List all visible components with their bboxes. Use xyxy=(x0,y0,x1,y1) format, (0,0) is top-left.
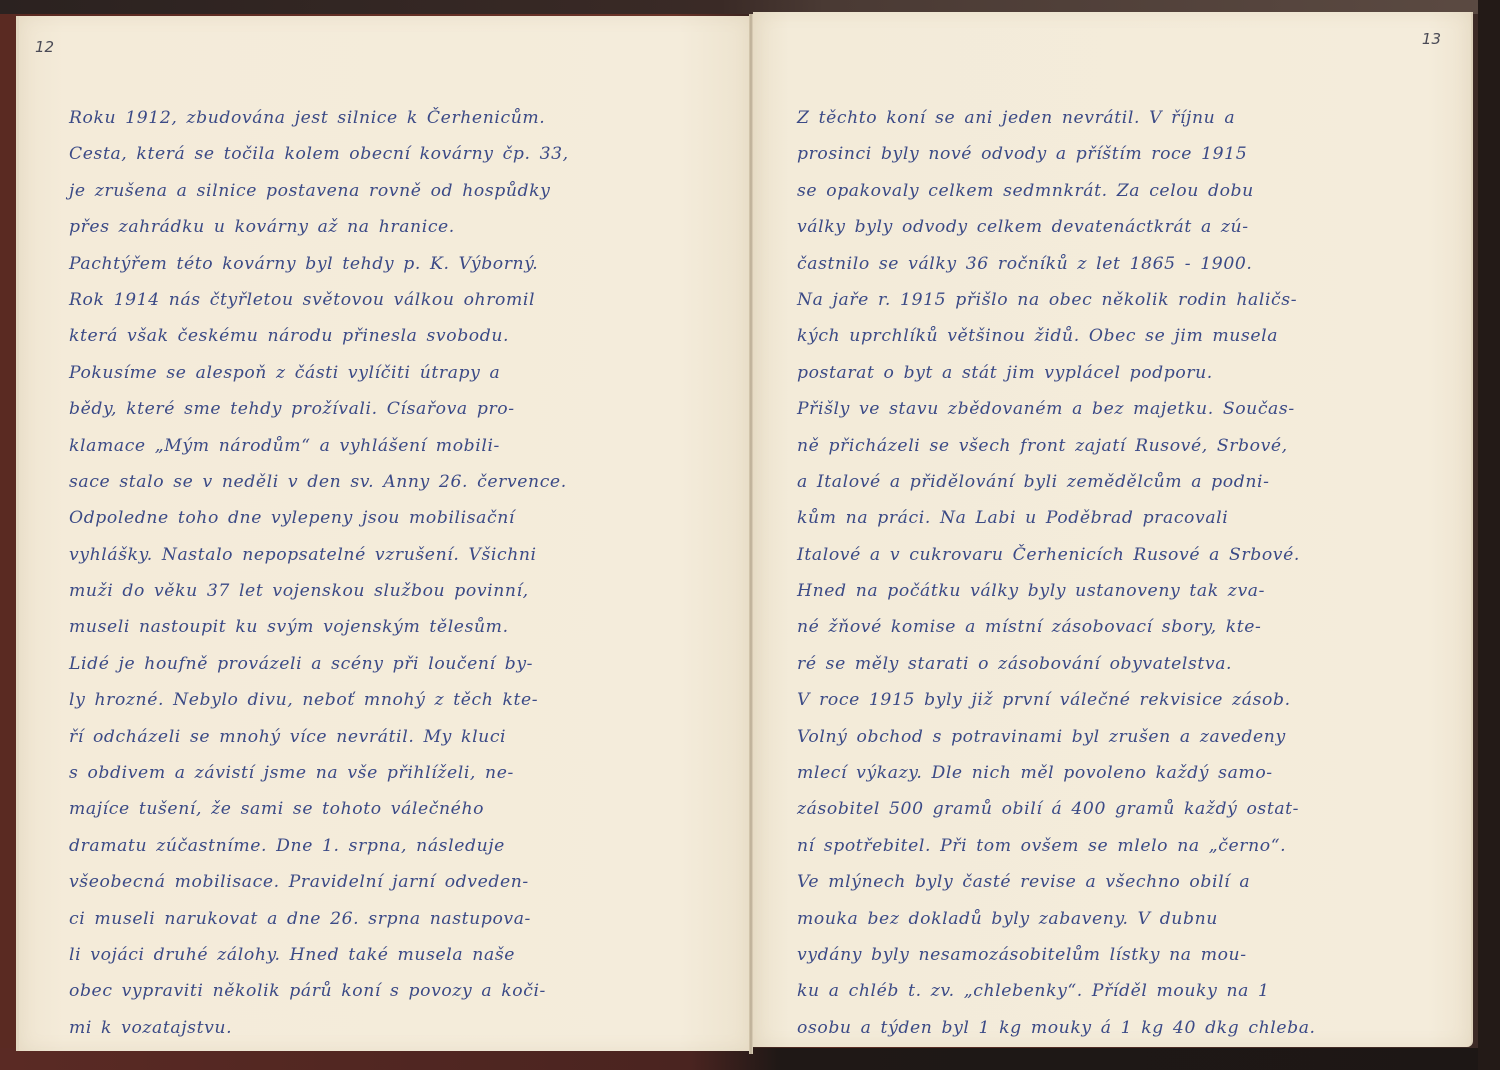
text-line: mi k vozatajstvu. xyxy=(69,1010,739,1046)
text-line: Pokusíme se alespoň z části vylíčiti útr… xyxy=(69,355,739,391)
text-line: majíce tušení, že sami se tohoto válečné… xyxy=(69,791,739,827)
text-line: Lidé je houfně provázeli a scény při lou… xyxy=(69,646,739,682)
text-line: zásobitel 500 gramů obilí á 400 gramů ka… xyxy=(797,791,1452,827)
text-line: ně přicházeli se všech front zajatí Ruso… xyxy=(797,428,1452,464)
text-line: ci museli narukovat a dne 26. srpna nast… xyxy=(69,901,739,937)
text-line: ní spotřebitel. Při tom ovšem se mlelo n… xyxy=(797,828,1452,864)
text-line: Rok 1914 nás čtyřletou světovou válkou o… xyxy=(69,282,739,318)
text-line: muži do věku 37 let vojenskou službou po… xyxy=(69,573,739,609)
text-line: prosinci byly nové odvody a příštím roce… xyxy=(797,136,1452,172)
text-line: ré se měly starati o zásobování obyvatel… xyxy=(797,646,1452,682)
text-line: Cesta, která se točila kolem obecní ková… xyxy=(69,136,739,172)
text-line: války byly odvody celkem devatenáctkrát … xyxy=(797,209,1452,245)
text-line: li vojáci druhé zálohy. Hned také musela… xyxy=(69,937,739,973)
text-line: Roku 1912, zbudována jest silnice k Čerh… xyxy=(69,100,739,136)
text-line: častnilo se války 36 ročníků z let 1865 … xyxy=(797,246,1452,282)
text-line: se opakovaly celkem sedmnkrát. Za celou … xyxy=(797,173,1452,209)
text-line: všeobecná mobilisace. Pravidelní jarní o… xyxy=(69,864,739,900)
right-page: 13 Z těchto koní se ani jeden nevrátil. … xyxy=(753,12,1473,1047)
text-line: museli nastoupit ku svým vojenským těles… xyxy=(69,609,739,645)
left-page: 12 Roku 1912, zbudována jest silnice k Č… xyxy=(16,16,752,1051)
text-line: obec vypraviti několik párů koní s povoz… xyxy=(69,973,739,1009)
text-line: kům na práci. Na Labi u Poděbrad pracova… xyxy=(797,500,1452,536)
text-line: ří odcházeli se mnohý více nevrátil. My … xyxy=(69,719,739,755)
text-line: ku a chléb t. zv. „chlebenky“. Příděl mo… xyxy=(797,973,1452,1009)
text-line: mouka bez dokladů byly zabaveny. V dubnu xyxy=(797,901,1452,937)
text-line: kých uprchlíků většinou židů. Obec se ji… xyxy=(797,318,1452,354)
text-line: Ve mlýnech byly časté revise a všechno o… xyxy=(797,864,1452,900)
text-line: osobu a týden byl 1 kg mouky á 1 kg 40 d… xyxy=(797,1010,1452,1046)
text-line: bědy, které sme tehdy prožívali. Císařov… xyxy=(69,391,739,427)
text-line: Na jaře r. 1915 přišlo na obec několik r… xyxy=(797,282,1452,318)
text-line: V roce 1915 byly již první válečné rekvi… xyxy=(797,682,1452,718)
text-line: postarat o byt a stát jim vyplácel podpo… xyxy=(797,355,1452,391)
text-line: Hned na počátku války byly ustanoveny ta… xyxy=(797,573,1452,609)
left-page-text: Roku 1912, zbudována jest silnice k Čerh… xyxy=(69,100,739,1046)
text-line: Pachtýřem této kovárny byl tehdy p. K. V… xyxy=(69,246,739,282)
text-line: s obdivem a závistí jsme na vše přihlíže… xyxy=(69,755,739,791)
right-page-text: Z těchto koní se ani jeden nevrátil. V ř… xyxy=(797,100,1452,1046)
text-line: né žňové komise a místní zásobovací sbor… xyxy=(797,609,1452,645)
book-cover-right-edge xyxy=(1478,0,1500,1070)
text-line: přes zahrádku u kovárny až na hranice. xyxy=(69,209,739,245)
text-line: Z těchto koní se ani jeden nevrátil. V ř… xyxy=(797,100,1452,136)
text-line: klamace „Mým národům“ a vyhlášení mobili… xyxy=(69,428,739,464)
text-line: a Italové a přidělování byli zemědělcům … xyxy=(797,464,1452,500)
text-line: ly hrozné. Nebylo divu, neboť mnohý z tě… xyxy=(69,682,739,718)
text-line: dramatu zúčastníme. Dne 1. srpna, násled… xyxy=(69,828,739,864)
text-line: Italové a v cukrovaru Čerhenicích Rusové… xyxy=(797,537,1452,573)
text-line: mlecí výkazy. Dle nich měl povoleno každ… xyxy=(797,755,1452,791)
page-number-right: 13 xyxy=(1422,30,1441,48)
text-line: vyhlášky. Nastalo nepopsatelné vzrušení.… xyxy=(69,537,739,573)
text-line: Přišly ve stavu zbědovaném a bez majetku… xyxy=(797,391,1452,427)
text-line: Odpoledne toho dne vylepeny jsou mobilis… xyxy=(69,500,739,536)
text-line: Volný obchod s potravinami byl zrušen a … xyxy=(797,719,1452,755)
page-number-left: 12 xyxy=(35,38,54,56)
text-line: vydány byly nesamozásobitelům lístky na … xyxy=(797,937,1452,973)
text-line: je zrušena a silnice postavena rovně od … xyxy=(69,173,739,209)
text-line: která však českému národu přinesla svobo… xyxy=(69,318,739,354)
text-line: sace stalo se v neděli v den sv. Anny 26… xyxy=(69,464,739,500)
